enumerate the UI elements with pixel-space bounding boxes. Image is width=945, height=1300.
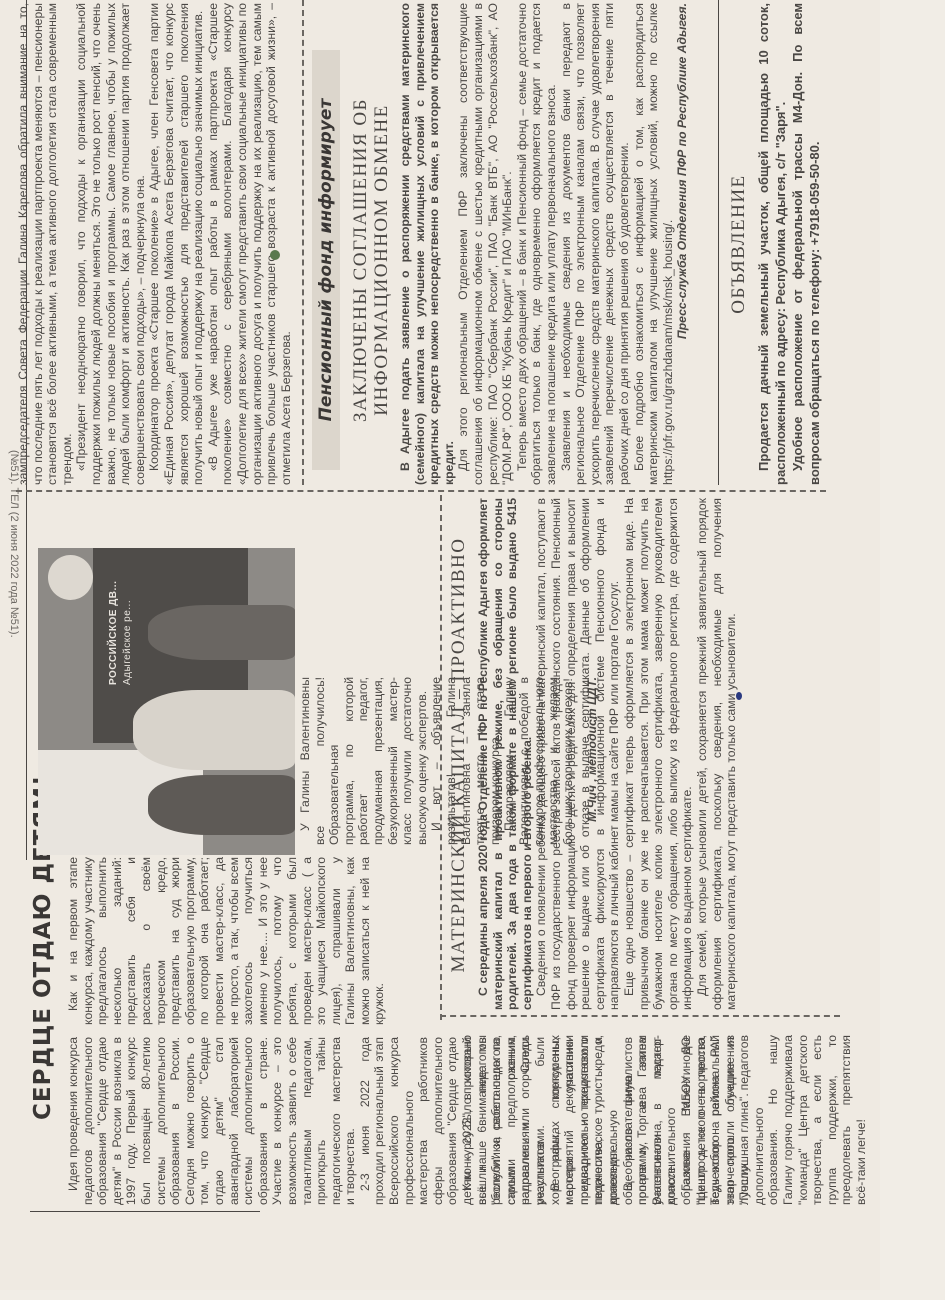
pension-headline: ЗАКЛЮЧЕНЫ СОГЛАШЕНИЯ ОБ ИНФОРМАЦИОННОМ О…: [350, 50, 392, 470]
heart-paragraph: В рамках конкурсных мероприятий участник…: [548, 1035, 679, 1205]
photo-lamp: [48, 555, 93, 600]
newspaper-page: (№51). ТЕЛ (2 июня 2022 года №51). СЕРДЦ…: [0, 0, 945, 1300]
issue-date-line: (№51). ТЕЛ (2 июня 2022 года №51).: [8, 450, 20, 830]
elders-paragraph: «В Адыгее уже наработан опыт работы в ра…: [206, 3, 294, 485]
pension-column: В Адыгее подать заявление о распоряжении…: [398, 3, 690, 485]
maternity-column: С середины апреля 2020 года Отделение ПФ…: [476, 498, 739, 1010]
heart-paragraph: Как и на первом этапе конкурса, каждому …: [66, 857, 387, 1025]
elders-paragraph: Координатор проекта «Старшее поколение» …: [147, 3, 205, 485]
heart-paragraph: К конкурсу было приковано всё наше внима…: [460, 1035, 548, 1205]
pension-paragraph: Заявления и необходимые сведения из доку…: [559, 3, 632, 485]
ad-top-rule: [718, 0, 719, 485]
ad-title: ОБЪЯВЛЕНИЕ: [728, 3, 750, 485]
award-photo: РОССИЙСКОЕ ДВ... Адыгейское ре...: [38, 548, 295, 855]
pension-paragraph: Теперь вместо двух обращений – в банк и …: [515, 3, 559, 485]
ad-column: Продается дачный земельный участок, обще…: [755, 3, 823, 485]
elders-paragraph: зампредседателя Совета Федерации Галина …: [16, 3, 74, 485]
maternity-headline: МАТЕРИНСКИЙ КАПИТАЛ – ПРОАКТИВНО: [448, 500, 469, 1010]
heart-paragraph: Галине Валентиновне пришлось не очень пр…: [679, 1035, 869, 1205]
photo-person-left: [148, 775, 295, 835]
maternity-paragraph: Сведения о появлении ребенка, дающего пр…: [534, 498, 622, 1010]
heart-column-1b: К конкурсу было приковано всё наше внима…: [460, 1035, 869, 1205]
elders-bottom-divider: [302, 0, 304, 485]
maternity-top-divider: [440, 495, 442, 1020]
ink-dot: [736, 692, 742, 700]
maternity-paragraph: Еще одно новшество – сертификат теперь о…: [622, 498, 695, 1010]
scanned-newspaper-frame: (№51). ТЕЛ (2 июня 2022 года №51). СЕРДЦ…: [0, 0, 945, 1300]
heart-paragraph: Идея проведения конкурса педагогов допол…: [66, 1037, 358, 1205]
pension-rubric: Пенсионный фонд информирует: [312, 50, 340, 470]
photo-banner-subtext: Адыгейское ре...: [122, 600, 133, 685]
photo-person-right: [148, 605, 295, 660]
maternity-paragraph: Для семей, которые усыновили детей, сохр…: [695, 498, 739, 1010]
ink-dot: [270, 250, 280, 260]
heart-column-2: Как и на первом этапе конкурса, каждому …: [66, 857, 387, 1025]
maternity-left-divider: [440, 1015, 840, 1017]
elders-paragraph: «Президент неоднократно говорил, что под…: [74, 3, 147, 485]
heart-paragraph: У Галины Валентиновны все получилось! Об…: [298, 677, 429, 845]
maternity-lead: С середины апреля 2020 года Отделение ПФ…: [476, 498, 534, 1010]
column-divider-vertical: [16, 490, 826, 492]
article-left-rule: [30, 1211, 260, 1212]
photo-person-center: [133, 690, 295, 770]
ad-line: Продается дачный земельный участок, обще…: [755, 3, 789, 485]
elders-column: зампредседателя Совета Федерации Галина …: [16, 3, 293, 485]
pension-lead: В Адыгее подать заявление о распоряжении…: [398, 3, 456, 485]
pension-credit: Пресс-служба Отделения ПФР по Республике…: [675, 3, 690, 485]
pension-paragraph: Для этого региональным Отделением ПФР за…: [456, 3, 514, 485]
pension-paragraph: Более подробно ознакомиться с информацие…: [632, 3, 676, 485]
ad-line: Удобное расположение от федеральной трас…: [789, 3, 823, 485]
photo-banner-text: РОССИЙСКОЕ ДВ...: [108, 581, 119, 685]
